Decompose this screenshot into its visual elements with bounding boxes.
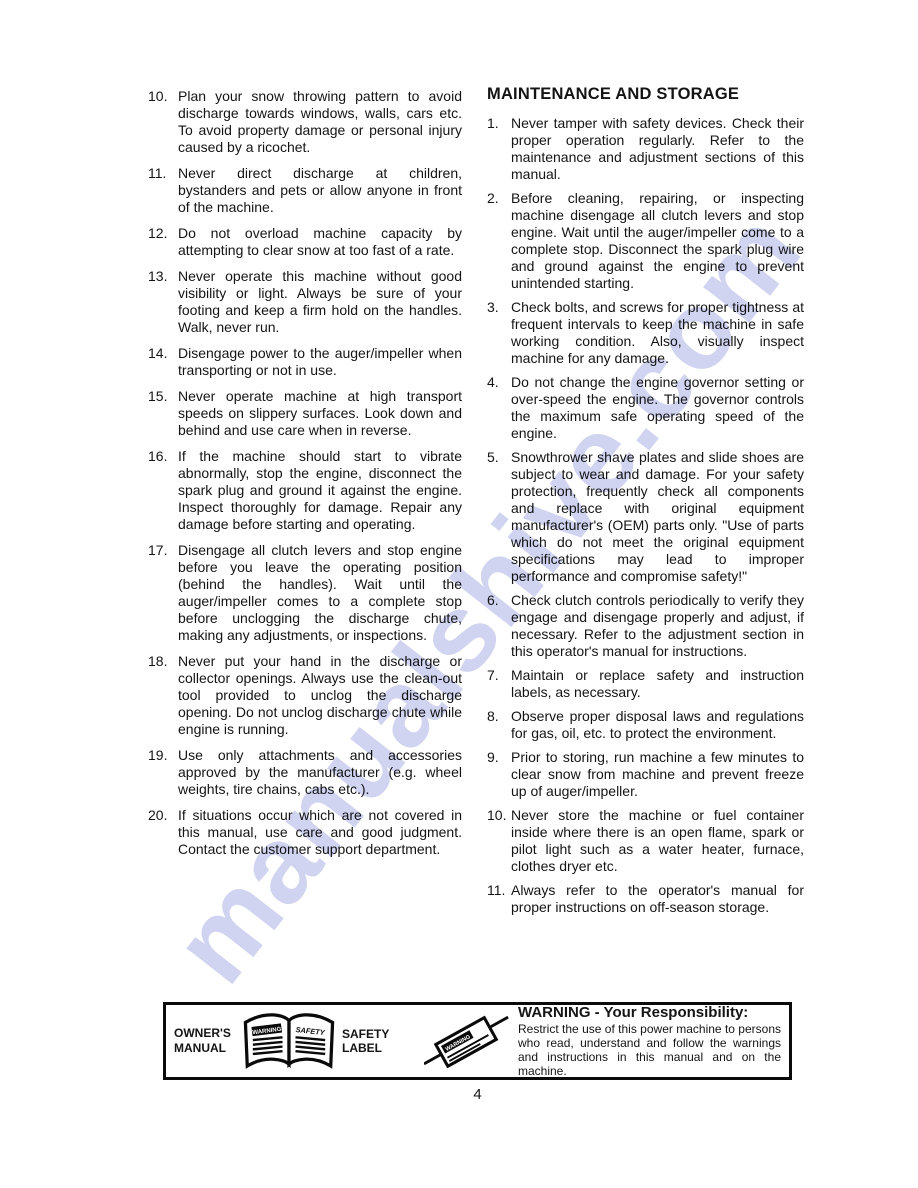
warning-title: WARNING - Your Responsibility: (518, 1004, 781, 1021)
list-item: 17. Disengage all clutch levers and stop… (148, 542, 462, 644)
item-text: If situations occur which are not covere… (178, 807, 462, 858)
item-number: 7. (487, 667, 511, 701)
item-text: Use only attachments and accessories app… (178, 747, 462, 798)
item-number: 11. (487, 882, 511, 916)
item-text: Check clutch controls periodically to ve… (511, 592, 804, 660)
list-item: 1. Never tamper with safety devices. Che… (487, 115, 804, 183)
item-number: 11. (148, 165, 178, 216)
owners-manual-label: OWNER'S MANUAL (174, 1026, 238, 1056)
left-column: 10. Plan your snow throwing pattern to a… (148, 88, 462, 867)
list-item: 3. Check bolts, and screws for proper ti… (487, 299, 804, 367)
list-item: 8. Observe proper disposal laws and regu… (487, 708, 804, 742)
list-item: 11. Always refer to the operator's manua… (487, 882, 804, 916)
list-item: 5. Snowthrower shave plates and slide sh… (487, 449, 804, 585)
item-text: Check bolts, and screws for proper tight… (511, 299, 804, 367)
item-number: 4. (487, 374, 511, 442)
item-number: 13. (148, 268, 178, 336)
item-number: 14. (148, 345, 178, 379)
list-item: 2. Before cleaning, repairing, or inspec… (487, 190, 804, 292)
list-item: 10. Plan your snow throwing pattern to a… (148, 88, 462, 156)
item-number: 6. (487, 592, 511, 660)
right-column: MAINTENANCE AND STORAGE 1. Never tamper … (487, 85, 804, 923)
list-item: 13. Never operate this machine without g… (148, 268, 462, 336)
warning-footer-box: OWNER'S MANUAL WARNING SAFETY S (163, 1002, 792, 1080)
item-text: Maintain or replace safety and instructi… (511, 667, 804, 701)
item-number: 20. (148, 807, 178, 858)
list-item: 15. Never operate machine at high transp… (148, 388, 462, 439)
item-number: 1. (487, 115, 511, 183)
item-text: Do not overload machine capacity by atte… (178, 225, 462, 259)
item-number: 12. (148, 225, 178, 259)
warning-label-icon: WARNING (424, 1010, 510, 1072)
list-item: 12. Do not overload machine capacity by … (148, 225, 462, 259)
list-item: 4. Do not change the engine governor set… (487, 374, 804, 442)
list-item: 14. Disengage power to the auger/impelle… (148, 345, 462, 379)
item-text: Never operate this machine without good … (178, 268, 462, 336)
item-text: Never store the machine or fuel containe… (511, 807, 804, 875)
list-item: 11. Never direct discharge at children, … (148, 165, 462, 216)
list-item: 9. Prior to storing, run machine a few m… (487, 749, 804, 800)
item-text: Never direct discharge at children, byst… (178, 165, 462, 216)
item-number: 15. (148, 388, 178, 439)
item-text: Snowthrower shave plates and slide shoes… (511, 449, 804, 585)
item-text: Disengage all clutch levers and stop eng… (178, 542, 462, 644)
list-item: 16. If the machine should start to vibra… (148, 448, 462, 533)
item-text: Observe proper disposal laws and regulat… (511, 708, 804, 742)
item-number: 10. (487, 807, 511, 875)
warning-text-block: WARNING - Your Responsibility: Restrict … (510, 1004, 781, 1078)
item-text: Never put your hand in the discharge or … (178, 653, 462, 738)
list-item: 19. Use only attachments and accessories… (148, 747, 462, 798)
open-book-icon: WARNING SAFETY (238, 1008, 340, 1074)
list-item: 18. Never put your hand in the discharge… (148, 653, 462, 738)
item-number: 3. (487, 299, 511, 367)
item-text: Disengage power to the auger/impeller wh… (178, 345, 462, 379)
item-number: 9. (487, 749, 511, 800)
page-number: 4 (163, 1086, 792, 1103)
item-text: Always refer to the operator's manual fo… (511, 882, 804, 916)
section-heading: MAINTENANCE AND STORAGE (487, 85, 804, 104)
list-item: 10. Never store the machine or fuel cont… (487, 807, 804, 875)
item-text: Plan your snow throwing pattern to avoid… (178, 88, 462, 156)
item-number: 19. (148, 747, 178, 798)
item-number: 17. (148, 542, 178, 644)
warning-body: Restrict the use of this power machine t… (518, 1022, 781, 1078)
item-number: 16. (148, 448, 178, 533)
item-text: If the machine should start to vibrate a… (178, 448, 462, 533)
item-number: 18. (148, 653, 178, 738)
item-number: 10. (148, 88, 178, 156)
item-number: 5. (487, 449, 511, 585)
item-text: Never operate machine at high transport … (178, 388, 462, 439)
item-text: Prior to storing, run machine a few minu… (511, 749, 804, 800)
item-text: Do not change the engine governor settin… (511, 374, 804, 442)
list-item: 20. If situations occur which are not co… (148, 807, 462, 858)
manual-page: manualshive.com 10. Plan your snow throw… (0, 0, 918, 1188)
list-item: 7. Maintain or replace safety and instru… (487, 667, 804, 701)
item-text: Never tamper with safety devices. Check … (511, 115, 804, 183)
safety-label-label: SAFETY LABEL (342, 1027, 424, 1055)
list-item: 6. Check clutch controls periodically to… (487, 592, 804, 660)
item-number: 8. (487, 708, 511, 742)
item-number: 2. (487, 190, 511, 292)
item-text: Before cleaning, repairing, or inspectin… (511, 190, 804, 292)
